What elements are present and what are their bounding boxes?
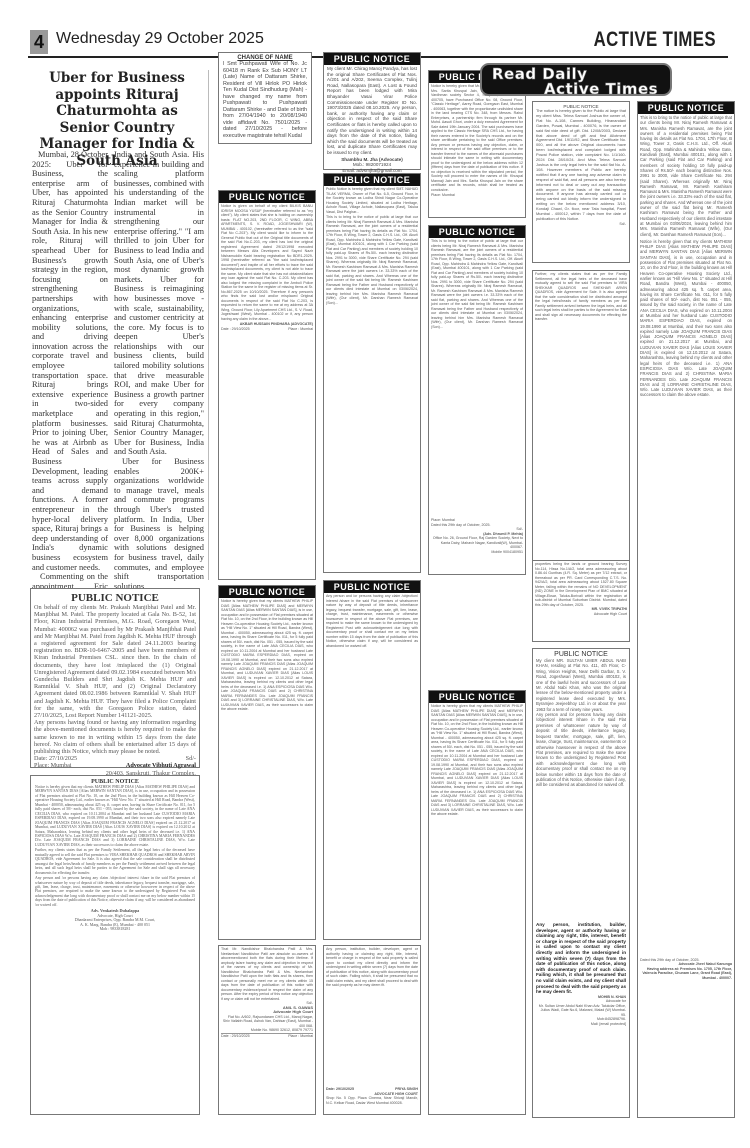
article-text: Uber for Business enables 200K+ organiza… xyxy=(114,457,204,591)
article-text: India and South Asia. His experience in … xyxy=(114,150,204,456)
notice-date: Date: 29/10/2025 xyxy=(326,1087,354,1092)
article-text: Mumbai, 28 October 2025: Uber for Busine… xyxy=(32,150,108,572)
public-notice-patel: PUBLIC NOTICE On behalf of my clients Mr… xyxy=(30,588,200,768)
notice-body: Further, my clients states that as per t… xyxy=(35,848,195,875)
notice-body: I Smt Pushpawati Wife of No. Jc 60418 m … xyxy=(223,61,307,139)
notice-body: Any person, institution, builder, develo… xyxy=(326,947,418,1087)
notice-body: Any person and /or persons having any cl… xyxy=(35,876,195,907)
notice-body: Notice is hereby given that my clients M… xyxy=(638,238,734,958)
notice-title: PUBLIC NOTICE xyxy=(324,174,420,186)
notice-role: Advocate High Court xyxy=(535,612,627,617)
notice-title: PUBLIC NOTICE xyxy=(638,102,734,114)
notice-body: On behalf of my clients Mr. Prakash Manj… xyxy=(34,604,196,719)
notice-sd: Sd/- xyxy=(536,222,626,227)
public-notice-col3-lower: PUBLIC NOTICE Notice is hereby given tha… xyxy=(218,585,316,940)
notice-body: Any person and /or persons having any cl… xyxy=(536,712,626,922)
public-notice-pandya: PUBLIC NOTICE My client Mr. Chirag Manoj… xyxy=(323,52,421,170)
notice-date: Date : 29/10/2025 xyxy=(221,327,250,332)
notice-address: Office No. 26, Ground Floor, Raj Garden … xyxy=(429,536,525,550)
notice-mobile: Mob : 9833818281 xyxy=(35,927,195,932)
issue-date: Wednesday 29 October 2025 xyxy=(56,30,264,48)
notice-title: PUBLIC NOTICE xyxy=(429,691,525,703)
public-notice-dake: Any person, institution, builder, develo… xyxy=(323,945,421,1115)
read-daily-banner: Read Daily Active Times xyxy=(480,63,672,96)
page-number: 4 xyxy=(30,30,48,54)
public-notice-verma: PUBLIC NOTICE Public Notice is hereby gi… xyxy=(323,173,421,573)
article-column-2: India and South Asia. His experience in … xyxy=(114,150,204,591)
notice-body: properties being the lands or ground bea… xyxy=(535,562,627,607)
public-notice-bilkis: PUBLIC NOTICE Notice is given on behalf … xyxy=(218,190,316,580)
notice-email: Mail: [email protected] xyxy=(536,1022,626,1027)
notice-address: Mr. Sultan Umer Abdul Nabi Khan Adv. Tal… xyxy=(536,1004,626,1018)
notice-body: My client Mr. Chirag Manoj Pandya, has l… xyxy=(324,65,420,157)
notice-advocate: PRIYA SINGH xyxy=(395,1087,418,1092)
notice-body: The notice is hereby given to the Public… xyxy=(536,109,626,222)
notice-sd: Sd/- xyxy=(186,755,196,762)
notice-place: Place: Mumbai xyxy=(429,193,525,198)
notice-body: Notice is hereby given that Mr. Khuspal … xyxy=(429,83,525,193)
banner-line-2: Active Times xyxy=(544,80,658,98)
public-notice-dias: PUBLIC NOTICE Notice is hereby given tha… xyxy=(30,775,200,1115)
notice-address: Having address at: Premises No. 1705, 17… xyxy=(638,967,734,981)
notice-title: PUBLIC NOTICE xyxy=(34,592,196,604)
newspaper-brand: ACTIVE TIMES xyxy=(594,28,716,52)
notice-body: My client MR. SULTAN UMER ABDUL NABI KHA… xyxy=(536,658,626,712)
notice-mobile: Mobile 9004180951 xyxy=(429,550,525,555)
column-divider xyxy=(208,70,209,580)
notice-advocate: Advocate Vibhuti Agrawal xyxy=(126,762,196,769)
notice-body: Any person, institution, builder, develo… xyxy=(536,922,626,995)
notice-title: PUBLIC NOTICE xyxy=(324,581,420,593)
public-notice-col5-lower: PUBLIC NOTICE Notice is hereby given tha… xyxy=(428,690,526,1115)
notice-body: Further, my clients states that as per t… xyxy=(535,272,627,512)
notice-title: PUBLIC NOTICE xyxy=(536,651,626,658)
notice-title: PUBLIC NOTICE xyxy=(219,586,315,598)
notice-body: Public Notice is hereby given that my cl… xyxy=(324,186,420,215)
notice-body: Notice is hereby given that my clients M… xyxy=(429,703,525,1108)
notice-place: Place : Mumbai xyxy=(288,327,313,332)
notice-place: Place: Mumbai xyxy=(34,762,72,769)
public-notice-tripathi: properties being the lands or ground bea… xyxy=(532,560,630,642)
public-notice-col4-lower: PUBLIC NOTICE Any person and /or persons… xyxy=(323,580,421,940)
public-notice-joshua: PUBLIC NOTICE The notice is hereby given… xyxy=(532,101,630,263)
public-notice-col6-mid: Further, my clients states that as per t… xyxy=(532,270,630,575)
change-of-name-notice: CHANGE OF NAME I Smt Pushpawati Wife of … xyxy=(218,52,312,144)
notice-title: PUBLIC NOTICE xyxy=(429,226,525,238)
notice-title: PUBLIC NOTICE xyxy=(324,53,420,65)
notice-body: Notice is given on behalf of my client B… xyxy=(219,203,315,322)
notice-title: PUBLIC NOTICE xyxy=(219,191,315,203)
notice-body: That Mr. Nandkishor Bhalchandra Patil & … xyxy=(221,947,313,1001)
notice-address: Flat No. A/602, Rajsundaram CHS Ltd., Ma… xyxy=(221,1015,313,1029)
notice-place: Place : Mumbai xyxy=(288,1034,313,1039)
public-notice-col5-mid: PUBLIC NOTICE This is to bring to the no… xyxy=(428,225,526,575)
public-notice-patil: That Mr. Nandkishor Bhalchandra Patil & … xyxy=(218,945,316,1115)
notice-body: This is to bring to the notice of public… xyxy=(429,238,525,518)
public-notice-ramavat: PUBLIC NOTICE This is to bring to the no… xyxy=(637,101,735,1118)
public-notice-khan: PUBLIC NOTICE My client MR. SULTAN UMER … xyxy=(532,648,630,1118)
notice-date: Date : 29/10/2025 xyxy=(221,1034,250,1039)
notice-body: Notice is hereby given that my clients M… xyxy=(35,785,195,847)
notice-address: Shop No. 5 Opp. Plaza Cinema, Near Shiva… xyxy=(326,1096,418,1105)
notice-body: Notice is hereby given that my clients M… xyxy=(219,598,315,938)
notice-body: This is to bring to the notice of public… xyxy=(638,114,734,238)
notice-body: Any person and /or persons having any cl… xyxy=(324,593,420,938)
notice-body: Any persons having found or having any i… xyxy=(34,719,196,755)
notice-body: This is to bring to the notice of public… xyxy=(324,215,420,575)
notice-date: Date: 27/10/2025 xyxy=(34,755,77,762)
